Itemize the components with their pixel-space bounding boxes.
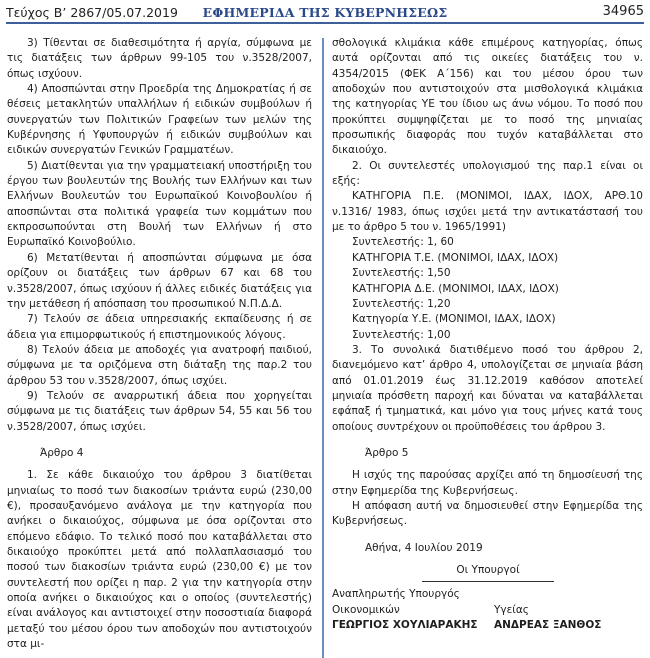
list-item: 4) Αποσπώνται στην Προεδρία της Δημοκρατ… <box>7 82 312 159</box>
article-4-paragraph-3: 3. Το συνολικά διατιθέμενο ποσό του άρθρ… <box>332 343 643 435</box>
signatory-2-role-line1 <box>494 587 634 602</box>
signatory-1-role-line2: Οικονομικών <box>332 603 494 618</box>
signatory-1-role-line1: Αναπληρωτής Υπουργός <box>332 587 494 602</box>
list-item: 3) Τίθενται σε διαθεσιμότητα ή αργία, σύ… <box>7 36 312 82</box>
gazette-title: ΕΦΗΜΕΡΙΔΑ ΤΗΣ ΚΥΒΕΡΝΗΣΕΩΣ <box>6 5 644 20</box>
page-header: Τεύχος Β’ 2867/05.07.2019 ΕΦΗΜΕΡΙΔΑ ΤΗΣ … <box>6 0 644 24</box>
signatories-title: Οι Υπουργοί <box>422 563 554 582</box>
coefficient-pe: Συντελεστής: 1, 60 <box>332 235 643 250</box>
article-4-paragraph-1: 1. Σε κάθε δικαιούχο του άρθρου 3 διατίθ… <box>7 468 312 652</box>
category-te: ΚΑΤΗΓΟΡΙΑ Τ.Ε. (ΜΟΝΙΜΟΙ, ΙΔΑΧ, ΙΔΟΧ) <box>332 251 643 266</box>
list-item: 8) Τελούν άδεια με αποδοχές για ανατροφή… <box>7 343 312 389</box>
coefficient-ye: Συντελεστής: 1,00 <box>332 328 643 343</box>
article-5-heading: Άρθρο 5 <box>332 446 643 461</box>
category-ye: Κατηγορία Υ.Ε. (ΜΟΝΙΜΟΙ, ΙΔΑΧ, ΙΔΟΧ) <box>332 312 643 327</box>
article-5-paragraph-2: Η απόφαση αυτή να δημοσιευθεί στην Εφημε… <box>332 499 643 530</box>
signatory-1-name: ΓΕΩΡΓΙΟΣ ΧΟΥΛΙΑΡΑΚΗΣ <box>332 618 494 633</box>
article-4-heading: Άρθρο 4 <box>7 446 312 461</box>
page-number: 34965 <box>603 4 644 19</box>
article-4-paragraph-2-intro: 2. Οι συντελεστές υπολογισμού της παρ.1 … <box>332 159 643 190</box>
list-item: 9) Τελούν σε αναρρωτική άδεια που χορηγε… <box>7 389 312 435</box>
column-divider <box>322 38 324 658</box>
signatories-block: Αναπληρωτής Υπουργός Οικονομικών Υγείας … <box>332 587 643 633</box>
list-item: 7) Τελούν σε άδεια υπηρεσιακής εκπαίδευσ… <box>7 312 312 343</box>
header-rule <box>6 22 644 24</box>
signatory-2-name: ΑΝΔΡΕΑΣ ΞΑΝΘΟΣ <box>494 618 634 633</box>
list-item: 5) Διατίθενται για την γραμματειακή υποσ… <box>7 159 312 251</box>
coefficient-de: Συντελεστής: 1,20 <box>332 297 643 312</box>
category-pe: ΚΑΤΗΓΟΡΙΑ Π.Ε. (ΜΟΝΙΜΟΙ, ΙΔΑΧ, ΙΔΟΧ, ΑΡΘ… <box>332 189 643 235</box>
article-4-continuation: σθολογικά κλιμάκια κάθε επιμέρους κατηγο… <box>332 36 643 159</box>
category-de: ΚΑΤΗΓΟΡΙΑ Δ.Ε. (ΜΟΝΙΜΟΙ, ΙΔΑΧ, ΙΔΟΧ) <box>332 282 643 297</box>
right-column: σθολογικά κλιμάκια κάθε επιμέρους κατηγο… <box>332 36 643 633</box>
coefficient-te: Συντελεστής: 1,50 <box>332 266 643 281</box>
article-5-paragraph-1: Η ισχύς της παρούσας αρχίζει από τη δημο… <box>332 468 643 499</box>
place-date: Αθήνα, 4 Ιουλίου 2019 <box>332 541 643 556</box>
left-column: 3) Τίθενται σε διαθεσιμότητα ή αργία, σύ… <box>7 36 312 652</box>
signatory-2-role-line2: Υγείας <box>494 603 634 618</box>
list-item: 6) Μετατίθενται ή αποσπώνται σύμφωνα με … <box>7 251 312 312</box>
